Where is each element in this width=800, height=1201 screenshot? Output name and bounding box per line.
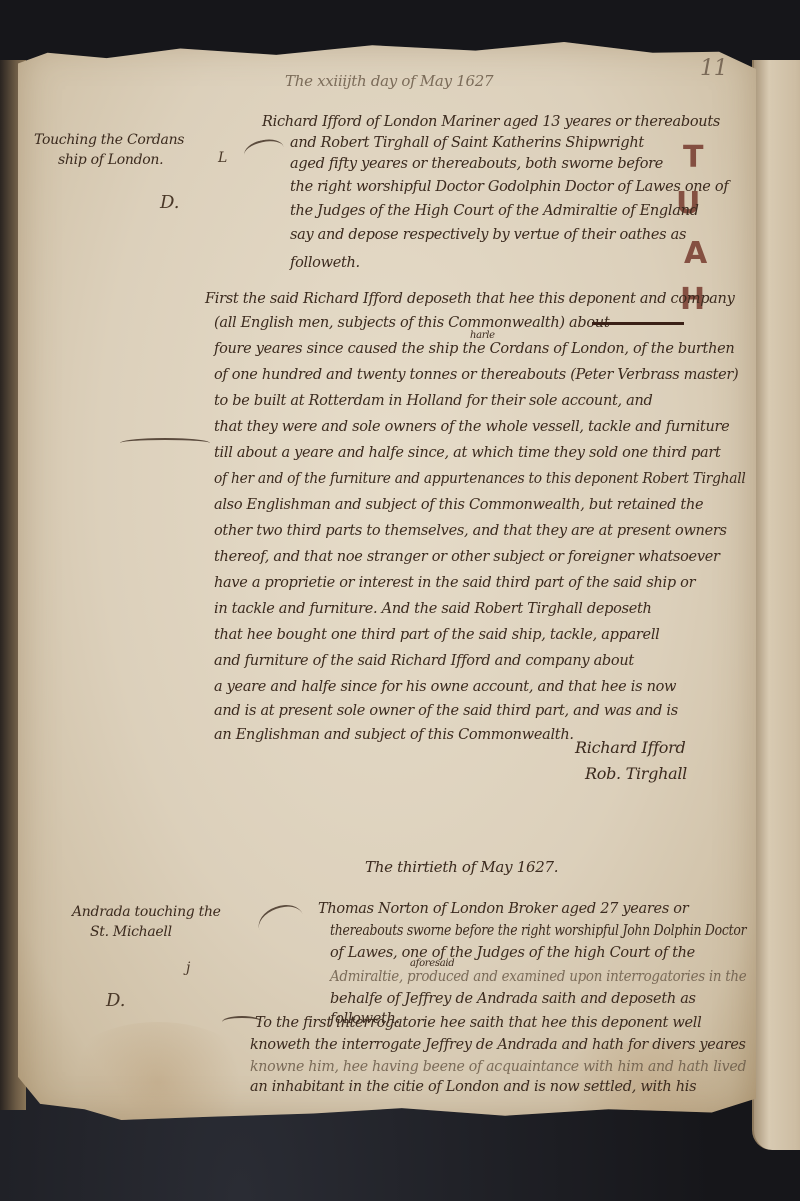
text-line: and Robert Tirghall of Saint Katherins S… <box>290 136 644 151</box>
text-line: Richard Ifford of London Mariner aged 13… <box>262 115 720 130</box>
margin-note-line: Andrada touching the <box>72 904 221 920</box>
text-line: that hee bought one third part of the sa… <box>214 628 660 643</box>
text-line: thereof, and that noe stranger or other … <box>214 550 720 565</box>
text-line: aged fifty yeares or thereabouts, both s… <box>290 157 663 172</box>
text-line: of Lawes, one of the Judges of the high … <box>330 946 695 961</box>
margin-note-line: Touching the Cordans <box>34 132 184 148</box>
signature: Richard Ifford <box>575 738 685 757</box>
margin-initial: D. <box>106 990 126 1011</box>
margin-marker: L <box>218 150 227 166</box>
text-line: other two third parts to themselves, and… <box>214 524 727 539</box>
interlineation: harle <box>470 330 495 341</box>
margin-note-line: St. Michaell <box>90 924 172 940</box>
margin-initial: D. <box>160 192 180 213</box>
text-line: followeth. <box>290 256 360 271</box>
text-line: in tackle and furniture. And the said Ro… <box>214 602 652 617</box>
text-line: till about a yeare and halfe since, at w… <box>214 446 721 461</box>
text-line: to be built at Rotterdam in Holland for … <box>214 394 653 409</box>
text-line: knowne him, hee having beene of acquaint… <box>250 1060 746 1075</box>
text-line: foure yeares since caused the ship the C… <box>214 342 734 357</box>
text-line: and is at present sole owner of the said… <box>214 704 678 719</box>
text-line: the Judges of the High Court of the Admi… <box>290 204 699 219</box>
margin-marker: j <box>186 960 190 976</box>
text-line: an Englishman and subject of this Common… <box>214 728 574 743</box>
folio-number: 11 <box>700 56 727 81</box>
text-line: of one hundred and twenty tonnes or ther… <box>214 368 738 383</box>
text-line: First the said Richard Ifford deposeth t… <box>205 292 734 307</box>
pen-stroke <box>222 1016 262 1028</box>
text-line: behalfe of Jeffrey de Andrada saith and … <box>330 992 696 1007</box>
text-line: an inhabitant in the citie of London and… <box>250 1080 696 1095</box>
entry-date-heading: The xxiiijth day of May 1627 <box>285 72 493 90</box>
margin-note-line: ship of London. <box>58 152 163 168</box>
entry-date-heading: The thirtieth of May 1627. <box>365 858 558 876</box>
text-line: and furniture of the said Richard Ifford… <box>214 654 634 669</box>
text-line: say and depose respectively by vertue of… <box>290 228 686 243</box>
text-line: Thomas Norton of London Broker aged 27 y… <box>318 902 688 917</box>
bleed-through-letter: T <box>683 140 703 175</box>
text-line: have a proprietie or interest in the sai… <box>214 576 695 591</box>
text-line: that they were and sole owners of the wh… <box>214 420 729 435</box>
text-line: the right worshipful Doctor Godolphin Do… <box>290 180 728 195</box>
text-line: knoweth the interrogate Jeffrey de Andra… <box>250 1038 746 1053</box>
text-line: (all English men, subjects of this Commo… <box>214 316 609 331</box>
text-line: also Englishman and subject of this Comm… <box>214 498 703 513</box>
pen-stroke <box>120 438 210 448</box>
interlineation: aforesaid <box>410 958 454 969</box>
bleed-through-letter: A <box>684 236 707 271</box>
text-line: thereabouts sworne before the right wors… <box>330 924 746 939</box>
text-line: Admiraltie, produced and examined upon i… <box>330 970 746 985</box>
text-line: of her and of the furniture and appurten… <box>214 472 745 487</box>
text-line: To the first interrogatorie hee saith th… <box>255 1016 701 1031</box>
facing-page-edge <box>752 60 800 1150</box>
text-line: a yeare and halfe since for his owne acc… <box>214 680 676 695</box>
signature: Rob. Tirghall <box>585 764 687 783</box>
